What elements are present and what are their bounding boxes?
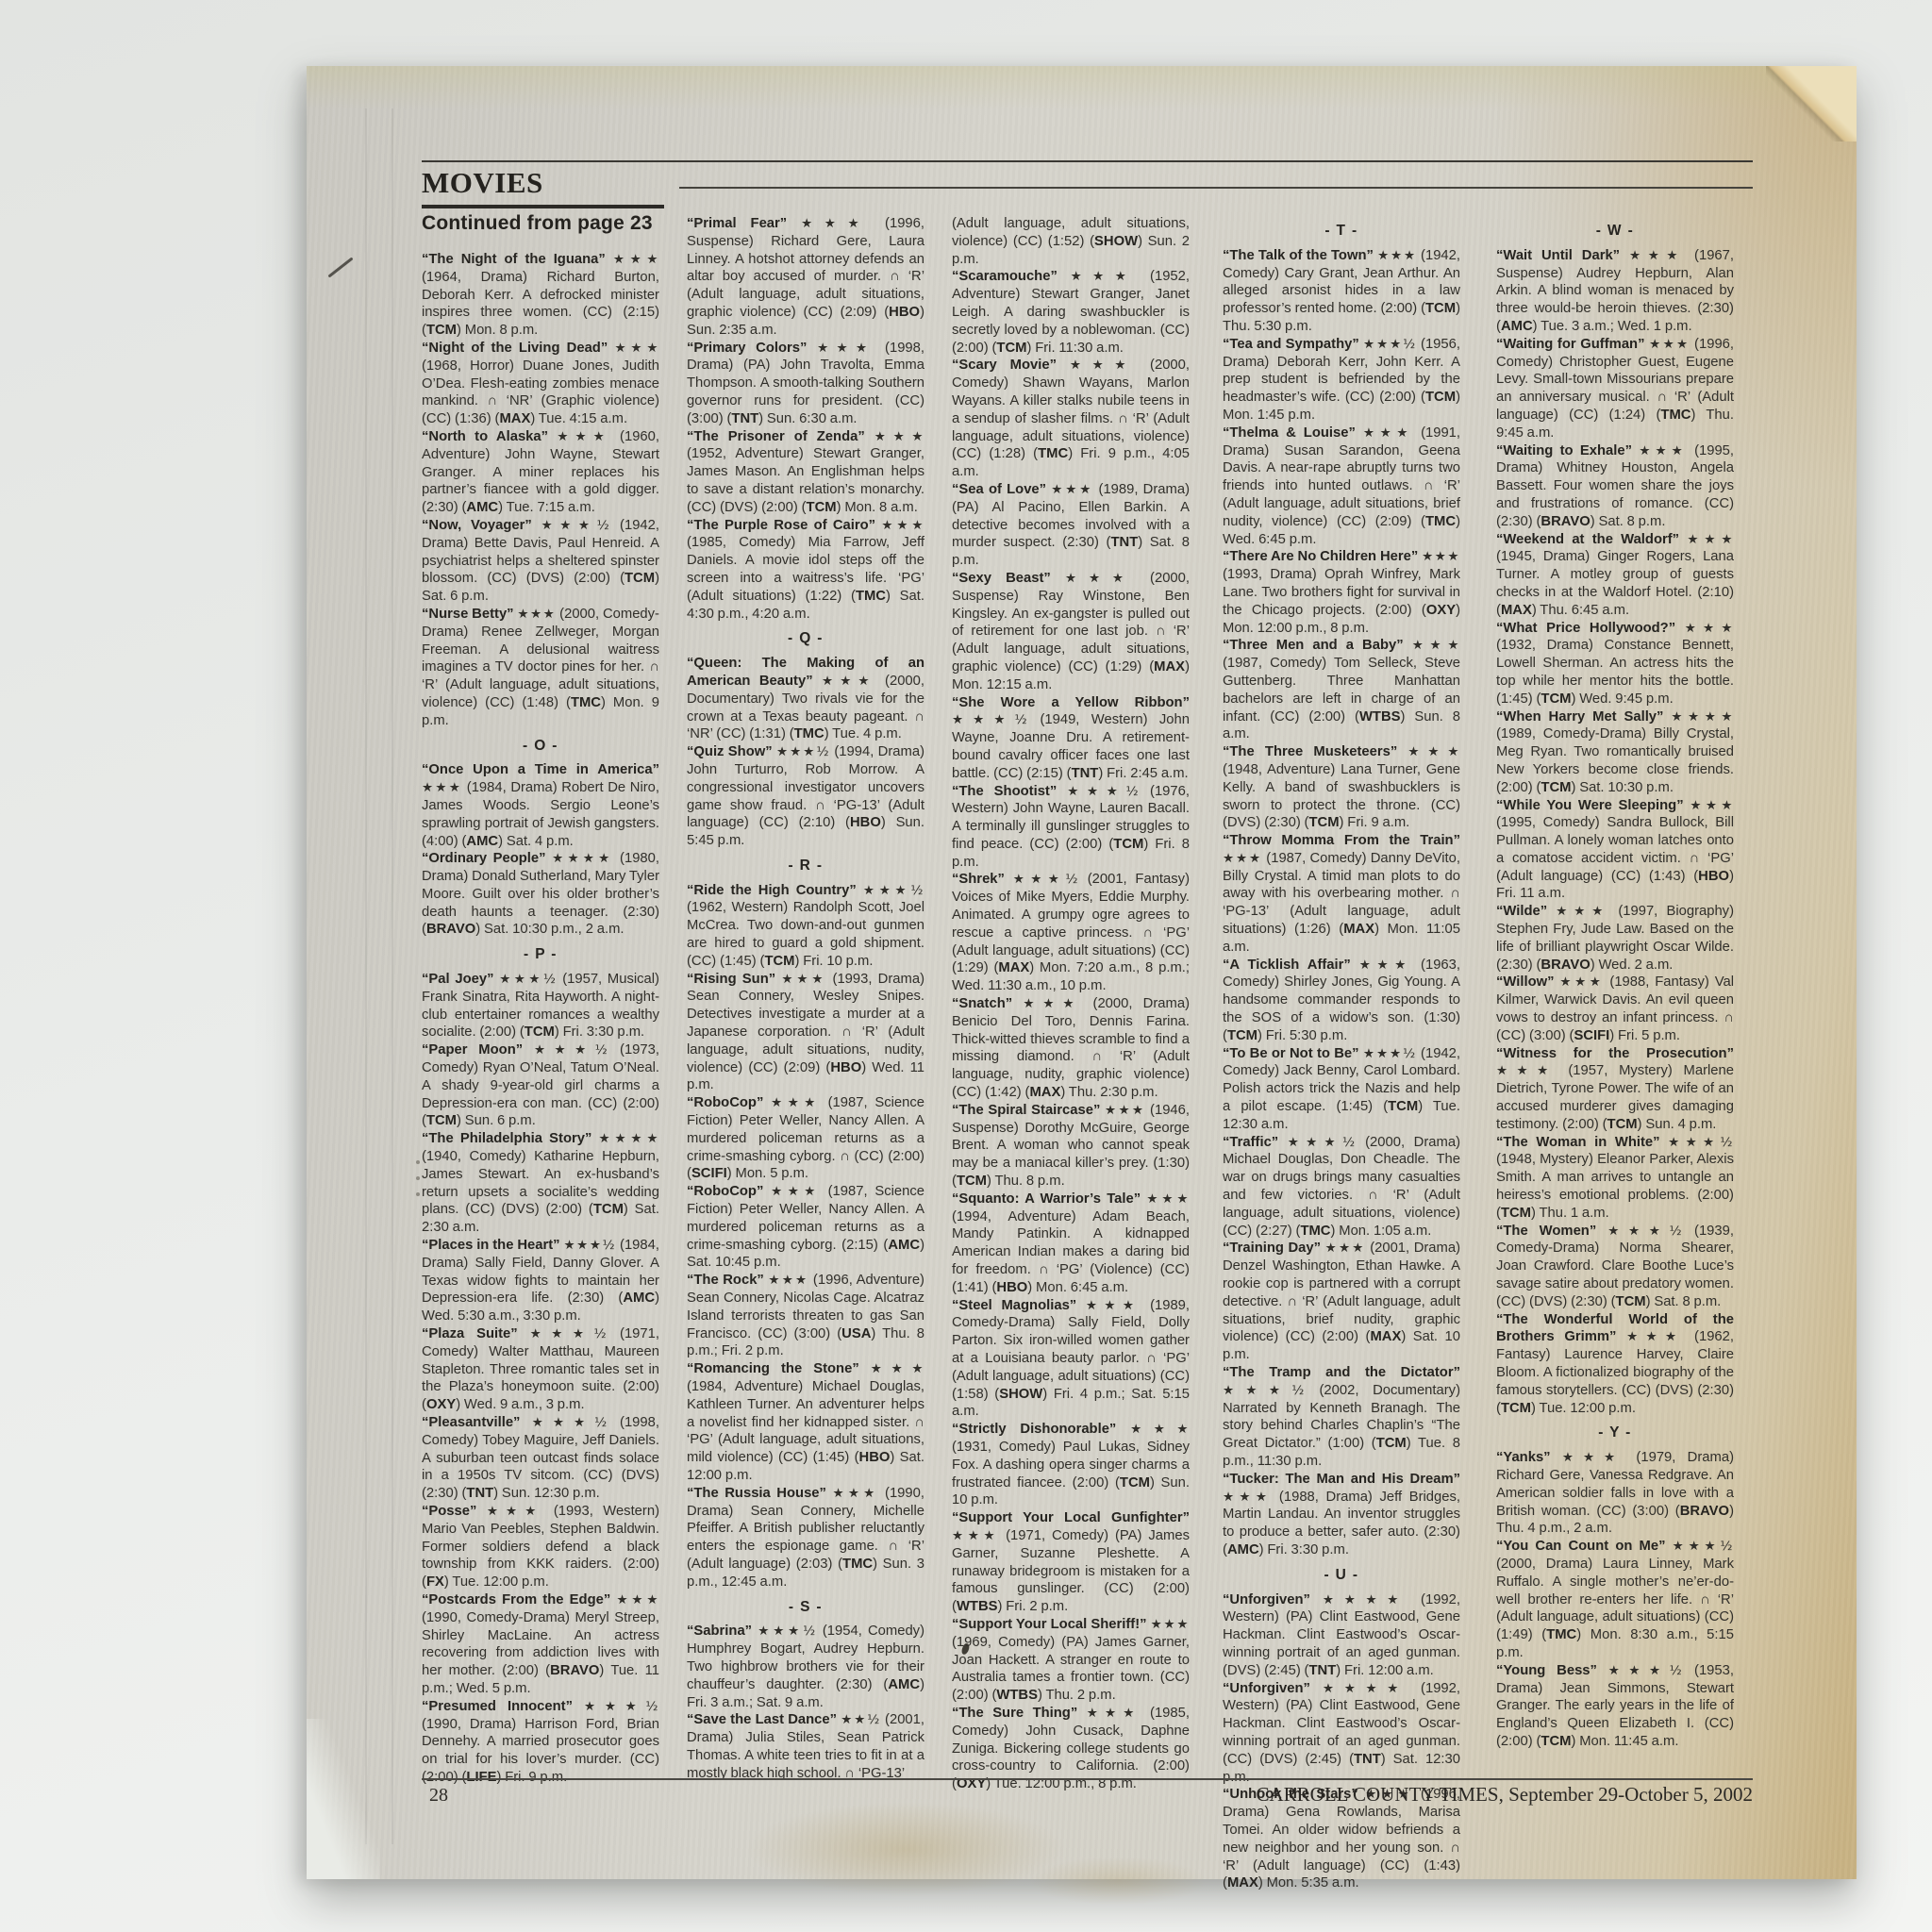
star-rating-icon: ★★★★ (1323, 1681, 1408, 1696)
movie-title: “RoboCop” (687, 1095, 763, 1110)
star-rating-icon: ★★★ (1223, 1490, 1272, 1505)
movie-entry: “Postcards From the Edge” ★★★ (1990, Com… (422, 1591, 659, 1698)
movie-entry: “Waiting to Exhale” ★★★ (1995, Drama) Wh… (1496, 442, 1734, 531)
star-rating-icon: ★★★ (1687, 532, 1734, 547)
star-rating-icon: ★★★ (1377, 248, 1417, 263)
star-rating-icon: ★★★ (874, 429, 924, 444)
movie-title: “Scary Movie” (952, 358, 1057, 373)
star-rating-icon: ★★★ (1151, 1617, 1190, 1632)
movie-title: “Plaza Suite” (422, 1326, 518, 1341)
channel-tag: TNT (1072, 766, 1099, 781)
movie-title: “Scaramouche” (952, 269, 1058, 284)
channel-tag: HBO (859, 1450, 891, 1465)
channel-tag: TCM (764, 954, 794, 969)
movie-title: “Strictly Dishonorable” (952, 1422, 1116, 1437)
movie-entry: “Ride the High Country” ★★★½ (1962, West… (687, 882, 924, 971)
movie-title: “The Night of the Iguana” (422, 252, 606, 267)
section-letter-header: - Q - (687, 630, 924, 648)
movie-entry: “Queen: The Making of an American Beauty… (687, 655, 924, 743)
movie-title: “Romancing the Stone” (687, 1361, 859, 1376)
star-rating-icon: ★★★ (781, 972, 826, 987)
star-rating-icon: ★★★½ (1223, 1383, 1306, 1398)
movie-entry: “Steel Magnolias” ★★★ (1989, Comedy-Dram… (952, 1297, 1190, 1422)
movie-entry: “Now, Voyager” ★★★½ (1942, Drama) Bette … (422, 517, 659, 606)
movie-title: “Training Day” (1223, 1241, 1321, 1256)
star-rating-icon: ★★★ (768, 1273, 808, 1288)
star-rating-icon: ★★★ (1146, 1191, 1190, 1207)
channel-tag: TCM (1616, 1294, 1646, 1309)
channel-tag: TMC (1425, 514, 1456, 529)
channel-tag: TCM (525, 1024, 555, 1040)
movie-title: “Rising Sun” (687, 972, 775, 987)
movie-entry: “Paper Moon” ★★★½ (1973, Comedy) Ryan O’… (422, 1041, 659, 1130)
star-rating-icon: ★★★ (1407, 744, 1460, 759)
channel-tag: AMC (1501, 319, 1533, 334)
movie-title: “Support Your Local Sheriff!” (952, 1617, 1147, 1632)
star-rating-icon: ★★★ (1130, 1422, 1190, 1437)
movie-entry: “Scaramouche” ★★★ (1952, Adventure) Stew… (952, 268, 1190, 357)
stain (1028, 1857, 1207, 1906)
channel-tag: BRAVO (1680, 1504, 1729, 1519)
channel-tag: TMC (842, 1557, 873, 1572)
under-page-edge (365, 108, 367, 1844)
channel-tag: TCM (1501, 1206, 1531, 1221)
movie-title: “Sea of Love” (952, 482, 1046, 497)
movie-title: “The Three Musketeers” (1223, 744, 1397, 759)
star-rating-icon: ★★★½ (584, 1699, 659, 1714)
movie-entry: “Shrek” ★★★½ (2001, Fantasy) Voices of M… (952, 871, 1190, 995)
channel-tag: LIFE (466, 1770, 496, 1785)
section-letter-header: - R - (687, 858, 924, 875)
movie-title: “Steel Magnolias” (952, 1298, 1076, 1313)
channel-tag: MAX (1343, 922, 1374, 937)
movie-entry: “Young Bess” ★★★½ (1953, Drama) Jean Sim… (1496, 1662, 1734, 1751)
channel-tag: TCM (1227, 1028, 1257, 1043)
movie-title: “To Be or Not to Be” (1223, 1046, 1359, 1061)
star-rating-icon: ★★★ (881, 518, 924, 533)
movie-entry: “A Ticklish Affair” ★★★ (1963, Comedy) S… (1223, 957, 1460, 1045)
channel-tag: OXY (1426, 603, 1456, 618)
movie-entry: “Traffic” ★★★½ (2000, Drama) Michael Dou… (1223, 1134, 1460, 1241)
movie-entry: “Primary Colors” ★★★ (1998, Drama) (PA) … (687, 340, 924, 428)
movie-entry: “Weekend at the Waldorf” ★★★ (1945, Dram… (1496, 531, 1734, 620)
punch-hole (416, 1160, 420, 1164)
star-rating-icon: ★★★ (1086, 1298, 1141, 1313)
star-rating-icon: ★★★ (822, 674, 876, 689)
movie-entry: “Willow” ★★★ (1988, Fantasy) Val Kilmer,… (1496, 974, 1734, 1044)
channel-tag: TCM (1120, 1475, 1150, 1491)
movie-title: “A Ticklish Affair” (1223, 958, 1351, 973)
channel-tag: TMC (1300, 1224, 1330, 1239)
channel-tag: AMC (888, 1677, 920, 1692)
star-rating-icon: ★★★ (1325, 1241, 1366, 1256)
star-rating-icon: ★★★ (1065, 571, 1136, 586)
movie-title: “Tea and Sympathy” (1223, 337, 1359, 352)
channel-tag: BRAVO (1541, 958, 1590, 973)
star-rating-icon: ★★★ (1087, 1706, 1141, 1721)
movie-entry: “The Spiral Staircase” ★★★ (1946, Suspen… (952, 1102, 1190, 1191)
star-rating-icon: ★★★ (1559, 974, 1604, 990)
movie-title: “Primary Colors” (687, 341, 807, 356)
star-rating-icon: ★★★ (1629, 248, 1685, 263)
star-rating-icon: ★★★ (422, 780, 462, 795)
movie-entry: “Squanto: A Warrior’s Tale” ★★★ (1994, A… (952, 1191, 1190, 1297)
movie-entry: “The Prisoner of Zenda” ★★★ (1952, Adven… (687, 428, 924, 517)
channel-tag: TCM (1113, 837, 1143, 852)
channel-tag: MAX (1501, 603, 1532, 618)
section-letter-header: - W - (1496, 223, 1734, 241)
channel-tag: AMC (466, 834, 498, 849)
movie-entry: “The Women” ★★★½ (1939, Comedy-Drama) No… (1496, 1223, 1734, 1311)
channel-tag: TCM (1541, 1734, 1571, 1749)
star-rating-icon: ★★★ (517, 607, 556, 622)
movie-title: “Waiting for Guffman” (1496, 337, 1645, 352)
movie-title: “Places in the Heart” (422, 1238, 560, 1253)
movie-title: “Now, Voyager” (422, 518, 532, 533)
channel-tag: TMC (571, 695, 601, 710)
star-rating-icon: ★★★★ (1671, 709, 1734, 724)
masthead-rule (422, 205, 664, 208)
star-rating-icon: ★★★ (557, 429, 610, 444)
movie-entry: “RoboCop” ★★★ (1987, Science Fiction) Pe… (687, 1183, 924, 1272)
channel-tag: AMC (623, 1291, 655, 1306)
channel-tag: HBO (1698, 869, 1729, 884)
movie-entry: “Witness for the Prosecution” ★★★ (1957,… (1496, 1045, 1734, 1134)
movie-title: “Nurse Betty” (422, 607, 514, 622)
movie-entry: “The Philadelphia Story” ★★★★ (1940, Com… (422, 1130, 659, 1237)
channel-tag: TCM (1541, 780, 1571, 795)
channel-tag: TCM (1376, 1436, 1407, 1451)
channel-tag: HBO (850, 815, 881, 830)
star-rating-icon: ★★★½ (758, 1624, 816, 1639)
channel-tag: USA (841, 1326, 871, 1341)
channel-tag: TMC (1038, 446, 1068, 461)
movie-entry: “Sea of Love” ★★★ (1989, Drama) (PA) Al … (952, 481, 1190, 570)
star-rating-icon: ★★★ (614, 341, 659, 356)
movie-title: “Weekend at the Waldorf” (1496, 532, 1679, 547)
torn-corner (307, 1719, 380, 1879)
star-rating-icon: ★★★ (487, 1504, 544, 1519)
channel-tag: SHOW (999, 1387, 1042, 1402)
star-rating-icon: ★★★ (616, 1592, 659, 1607)
star-rating-icon: ★★½ (841, 1712, 881, 1727)
movie-entry: “Places in the Heart” ★★★½ (1984, Drama)… (422, 1237, 659, 1325)
movie-entry: “Nurse Betty” ★★★ (2000, Comedy-Drama) R… (422, 606, 659, 730)
under-page-edge (391, 108, 393, 1844)
movie-title: “Queen: The Making of an American Beauty… (687, 656, 924, 689)
movie-title: “Witness for the Prosecution” (1496, 1046, 1734, 1061)
channel-tag: TCM (1425, 390, 1456, 405)
channel-tag: SCIFI (691, 1166, 727, 1181)
top-rule (422, 160, 1753, 162)
channel-tag: SCIFI (1574, 1028, 1609, 1043)
channel-tag: TCM (807, 500, 837, 515)
star-rating-icon: ★★★ (1639, 443, 1687, 458)
movie-title: “Save the Last Dance” (687, 1712, 837, 1727)
star-rating-icon: ★★★½ (1288, 1135, 1357, 1150)
movie-entry: “You Can Count on Me” ★★★½ (2000, Drama)… (1496, 1538, 1734, 1662)
movie-title: “Willow” (1496, 974, 1555, 990)
movie-entry: “Training Day” ★★★ (2001, Drama) Denzel … (1223, 1240, 1460, 1364)
movie-entry: “Rising Sun” ★★★ (1993, Drama) Sean Conn… (687, 971, 924, 1095)
movie-title: “Posse” (422, 1504, 476, 1519)
movie-title: “Wait Until Dark” (1496, 248, 1620, 263)
channel-tag: TCM (1501, 1401, 1531, 1416)
movie-title: “Thelma & Louise” (1223, 425, 1356, 441)
page-number: 28 (429, 1785, 448, 1807)
movie-title: “Three Men and a Baby” (1223, 638, 1404, 653)
footer-rule (422, 1778, 1753, 1780)
channel-tag: AMC (1227, 1542, 1259, 1557)
movie-entry: “Unforgiven” ★★★★ (1992, Western) (PA) C… (1223, 1591, 1460, 1680)
movie-title: “Young Bess” (1496, 1663, 1597, 1678)
movie-entry: “Scary Movie” ★★★ (2000, Comedy) Shawn W… (952, 357, 1190, 481)
movie-entry: “Throw Momma From the Train” ★★★ (1987, … (1223, 832, 1460, 957)
channel-tag: TCM (957, 1174, 987, 1189)
pen-mark (327, 257, 353, 277)
movie-entry: “Plaza Suite” ★★★½ (1971, Comedy) Walter… (422, 1325, 659, 1414)
star-rating-icon: ★★★ (871, 1361, 924, 1376)
text-column: “The Night of the Iguana” ★★★ (1964, Dra… (422, 251, 659, 1787)
movie-entry: “Yanks” ★★★ (1979, Drama) Richard Gere, … (1496, 1449, 1734, 1538)
movie-entry: “What Price Hollywood?” ★★★ (1932, Drama… (1496, 620, 1734, 708)
star-rating-icon: ★★★½ (541, 518, 611, 533)
star-rating-icon: ★★★★ (1323, 1592, 1408, 1607)
channel-tag: HBO (996, 1280, 1027, 1295)
channel-tag: HBO (830, 1060, 861, 1075)
text-column: - T -“The Talk of the Town” ★★★ (1942, C… (1223, 215, 1460, 1892)
movie-entry: “The Purple Rose of Cairo” ★★★ (1985, Co… (687, 517, 924, 624)
movie-title: “You Can Count on Me” (1496, 1539, 1666, 1554)
channel-tag: TMC (1546, 1627, 1576, 1642)
newspaper-name-date: CARROLL COUNTY TIMES, September 29-Octob… (1257, 1783, 1754, 1807)
movie-title: “The Shootist” (952, 784, 1057, 799)
movie-title: “The Prisoner of Zenda” (687, 429, 865, 444)
section-title: MOVIES (422, 166, 543, 200)
star-rating-icon: ★★★ (1412, 638, 1460, 653)
section-letter-header: - U - (1223, 1567, 1460, 1585)
movie-entry: “Ordinary People” ★★★★ (1980, Drama) Don… (422, 850, 659, 939)
text-column: - W -“Wait Until Dark” ★★★ (1967, Suspen… (1496, 215, 1734, 1751)
movie-title: “The Philadelphia Story” (422, 1131, 591, 1146)
movie-entry: “The Three Musketeers” ★★★ (1948, Advent… (1223, 743, 1460, 832)
channel-tag: TCM (1308, 815, 1339, 830)
movie-entry: “Three Men and a Baby” ★★★ (1987, Comedy… (1223, 637, 1460, 743)
channel-tag: TNT (466, 1486, 493, 1501)
movie-entry: “Tucker: The Man and His Dream” ★★★ (198… (1223, 1471, 1460, 1559)
movie-title: “She Wore a Yellow Ribbon” (952, 695, 1190, 710)
star-rating-icon: ★★★ (1562, 1450, 1624, 1465)
movie-title: “What Price Hollywood?” (1496, 621, 1675, 636)
movie-title: “Primal Fear” (687, 216, 787, 231)
channel-tag: SHOW (1094, 234, 1138, 249)
punch-hole (416, 1192, 420, 1196)
star-rating-icon: ★★★½ (1013, 872, 1079, 887)
movie-entry: “The Woman in White” ★★★½ (1948, Mystery… (1496, 1134, 1734, 1223)
star-rating-icon: ★★★★ (599, 1131, 659, 1146)
movie-title: “Pal Joey” (422, 972, 493, 987)
channel-tag: TNT (1308, 1663, 1336, 1678)
movie-title: “RoboCop” (687, 1184, 763, 1199)
movie-title: “The Women” (1496, 1224, 1596, 1239)
movie-entry: “North to Alaska” ★★★ (1960, Adventure) … (422, 428, 659, 517)
channel-tag: TCM (1425, 301, 1456, 316)
star-rating-icon: ★★★ (952, 1528, 999, 1543)
star-rating-icon: ★★★½ (530, 1326, 608, 1341)
stain (745, 1802, 1066, 1896)
movie-entry: “To Be or Not to Be” ★★★½ (1942, Comedy)… (1223, 1045, 1460, 1134)
channel-tag: TCM (996, 341, 1026, 356)
movie-title: “Snatch” (952, 996, 1012, 1011)
movie-entry: “The Talk of the Town” ★★★ (1942, Comedy… (1223, 247, 1460, 336)
movie-entry: “Pal Joey” ★★★½ (1957, Musical) Frank Si… (422, 971, 659, 1041)
channel-tag: TNT (731, 411, 758, 426)
movie-title: “The Tramp and the Dictator” (1223, 1365, 1460, 1380)
section-letter-header: - T - (1223, 223, 1460, 241)
channel-tag: WTBS (957, 1599, 998, 1614)
movie-title: “Sexy Beast” (952, 571, 1051, 586)
movie-title: “Shrek” (952, 872, 1005, 887)
movie-title: “Unforgiven” (1223, 1681, 1310, 1696)
channel-tag: TCM (426, 1113, 457, 1128)
movie-title: “Presumed Innocent” (422, 1699, 573, 1714)
movie-entry: “RoboCop” ★★★ (1987, Science Fiction) Pe… (687, 1094, 924, 1183)
channel-tag: FX (426, 1574, 444, 1590)
movie-title: “Once Upon a Time in America” (422, 762, 659, 777)
movie-entry: “Quiz Show” ★★★½ (1994, Drama) John Turt… (687, 743, 924, 850)
movie-title: “Yanks” (1496, 1450, 1551, 1465)
star-rating-icon: ★★★ (1626, 1329, 1684, 1344)
text-column: “Primal Fear” ★★★ (1996, Suspense) Richa… (687, 215, 924, 1783)
channel-tag: TCM (1388, 1099, 1418, 1114)
movie-entry: “Presumed Innocent” ★★★½ (1990, Drama) H… (422, 1698, 659, 1787)
channel-tag: WTBS (996, 1688, 1038, 1703)
movie-title: “Traffic” (1223, 1135, 1278, 1150)
movie-title: “The Wonderful World of the Brothers Gri… (1496, 1312, 1734, 1345)
movie-entry: “Unforgiven” ★★★★ (1992, Western) (PA) C… (1223, 1680, 1460, 1787)
channel-tag: MAX (998, 960, 1029, 975)
movie-entry: “She Wore a Yellow Ribbon” ★★★½ (1949, W… (952, 694, 1190, 783)
newspaper-page: MOVIES Continued from page 23 “The Night… (307, 66, 1857, 1879)
star-rating-icon: ★★★½ (1608, 1663, 1683, 1678)
channel-tag: MAX (499, 411, 530, 426)
channel-tag: MAX (1227, 1875, 1258, 1890)
star-rating-icon: ★★★ (1496, 1063, 1557, 1078)
movie-title: “The Sure Thing” (952, 1706, 1077, 1721)
star-rating-icon: ★★★ (1690, 798, 1734, 813)
section-letter-header: - O - (422, 738, 659, 756)
star-rating-icon: ★★★ (1071, 269, 1138, 284)
movie-entry: “Posse” ★★★ (1993, Western) Mario Van Pe… (422, 1503, 659, 1591)
channel-tag: TMC (856, 589, 886, 604)
channel-tag: TCM (426, 323, 457, 338)
movie-title: “The Spiral Staircase” (952, 1103, 1100, 1118)
star-rating-icon: ★★★½ (563, 1238, 616, 1253)
star-rating-icon: ★★★ (771, 1095, 821, 1110)
star-rating-icon: ★★★ (832, 1486, 878, 1501)
movie-title: “The Purple Rose of Cairo” (687, 518, 875, 533)
movie-entry: “Pleasantville” ★★★½ (1998, Comedy) Tobe… (422, 1414, 659, 1503)
movie-entry: “Once Upon a Time in America” ★★★ (1984,… (422, 761, 659, 850)
movie-title: “Quiz Show” (687, 744, 773, 759)
channel-tag: WTBS (1359, 709, 1401, 724)
movie-entry: “Wilde” ★★★ (1997, Biography) Stephen Fr… (1496, 903, 1734, 974)
section-letter-header: - P - (422, 946, 659, 964)
channel-tag: TCM (1541, 691, 1571, 707)
star-rating-icon: ★★★½ (532, 1415, 608, 1430)
star-rating-icon: ★★★½ (499, 972, 557, 987)
channel-tag: MAX (1154, 659, 1185, 675)
movie-title: “When Harry Met Sally” (1496, 709, 1663, 724)
movie-entry: “The Rock” ★★★ (1996, Adventure) Sean Co… (687, 1272, 924, 1360)
star-rating-icon: ★★★ (1556, 904, 1609, 919)
movie-entry-continuation: (Adult language, adult situations, viole… (952, 215, 1190, 268)
movie-entry: “Snatch” ★★★ (2000, Drama) Benicio Del T… (952, 995, 1190, 1102)
movie-entry: “Tea and Sympathy” ★★★½ (1956, Drama) De… (1223, 336, 1460, 425)
movie-title: “Sabrina” (687, 1624, 752, 1639)
channel-tag: TNT (1110, 535, 1138, 550)
movie-entry: “When Harry Met Sally” ★★★★ (1989, Comed… (1496, 708, 1734, 797)
movie-title: “Pleasantville” (422, 1415, 520, 1430)
channel-tag: TCM (625, 571, 655, 586)
movie-title: “The Woman in White” (1496, 1135, 1660, 1150)
movie-title: “Ordinary People” (422, 851, 546, 866)
movie-title: “While You Were Sleeping” (1496, 798, 1684, 813)
star-rating-icon: ★★★½ (1673, 1539, 1734, 1554)
channel-tag: MAX (1029, 1085, 1060, 1100)
movie-title: “Night of the Living Dead” (422, 341, 608, 356)
movie-title: “Throw Momma From the Train” (1223, 833, 1460, 848)
movie-entry: “Wait Until Dark” ★★★ (1967, Suspense) A… (1496, 247, 1734, 336)
continued-from-label: Continued from page 23 (422, 212, 653, 235)
channel-tag: AMC (888, 1238, 920, 1253)
channel-tag: HBO (889, 305, 920, 320)
movie-entry: “The Wonderful World of the Brothers Gri… (1496, 1311, 1734, 1418)
channel-tag: TCM (1607, 1117, 1638, 1132)
movie-entry: “While You Were Sleeping” ★★★ (1995, Com… (1496, 797, 1734, 904)
channel-tag: BRAVO (550, 1663, 599, 1678)
movie-entry: “Primal Fear” ★★★ (1996, Suspense) Richa… (687, 215, 924, 340)
movie-entry: “Romancing the Stone” ★★★ (1984, Adventu… (687, 1360, 924, 1485)
channel-tag: TNT (1354, 1752, 1381, 1767)
channel-tag: TMC (1660, 408, 1690, 423)
movie-title: “Postcards From the Edge” (422, 1592, 610, 1607)
movie-title: “There Are No Children Here” (1223, 549, 1418, 564)
star-rating-icon: ★★★½ (952, 712, 1028, 727)
movie-entry: “Save the Last Dance” ★★½ (2001, Drama) … (687, 1711, 924, 1782)
star-rating-icon: ★★★ (1023, 996, 1082, 1011)
channel-tag: BRAVO (1541, 514, 1590, 529)
movie-title: “The Russia House” (687, 1486, 826, 1501)
movie-title: “Unforgiven” (1223, 1592, 1310, 1607)
star-rating-icon: ★★★ (613, 252, 659, 267)
movie-entry: “Night of the Living Dead” ★★★ (1968, Ho… (422, 340, 659, 428)
channel-tag: OXY (426, 1397, 456, 1412)
star-rating-icon: ★★★½ (1363, 337, 1417, 352)
movie-entry: “The Russia House” ★★★ (1990, Drama) Sea… (687, 1485, 924, 1591)
punch-hole (416, 1176, 420, 1180)
movie-title: “Ride the High Country” (687, 883, 857, 898)
star-rating-icon: ★★★½ (1668, 1135, 1734, 1150)
text-column: (Adult language, adult situations, viole… (952, 215, 1190, 1793)
star-rating-icon: ★★★ (1051, 482, 1093, 497)
star-rating-icon: ★★★ (771, 1184, 821, 1199)
movie-entry: “Waiting for Guffman” ★★★ (1996, Comedy)… (1496, 336, 1734, 442)
section-letter-header: - S - (687, 1599, 924, 1617)
star-rating-icon: ★★★ (1223, 851, 1262, 866)
star-rating-icon: ★★★½ (863, 883, 924, 898)
star-rating-icon: ★★★½ (1363, 1046, 1417, 1061)
